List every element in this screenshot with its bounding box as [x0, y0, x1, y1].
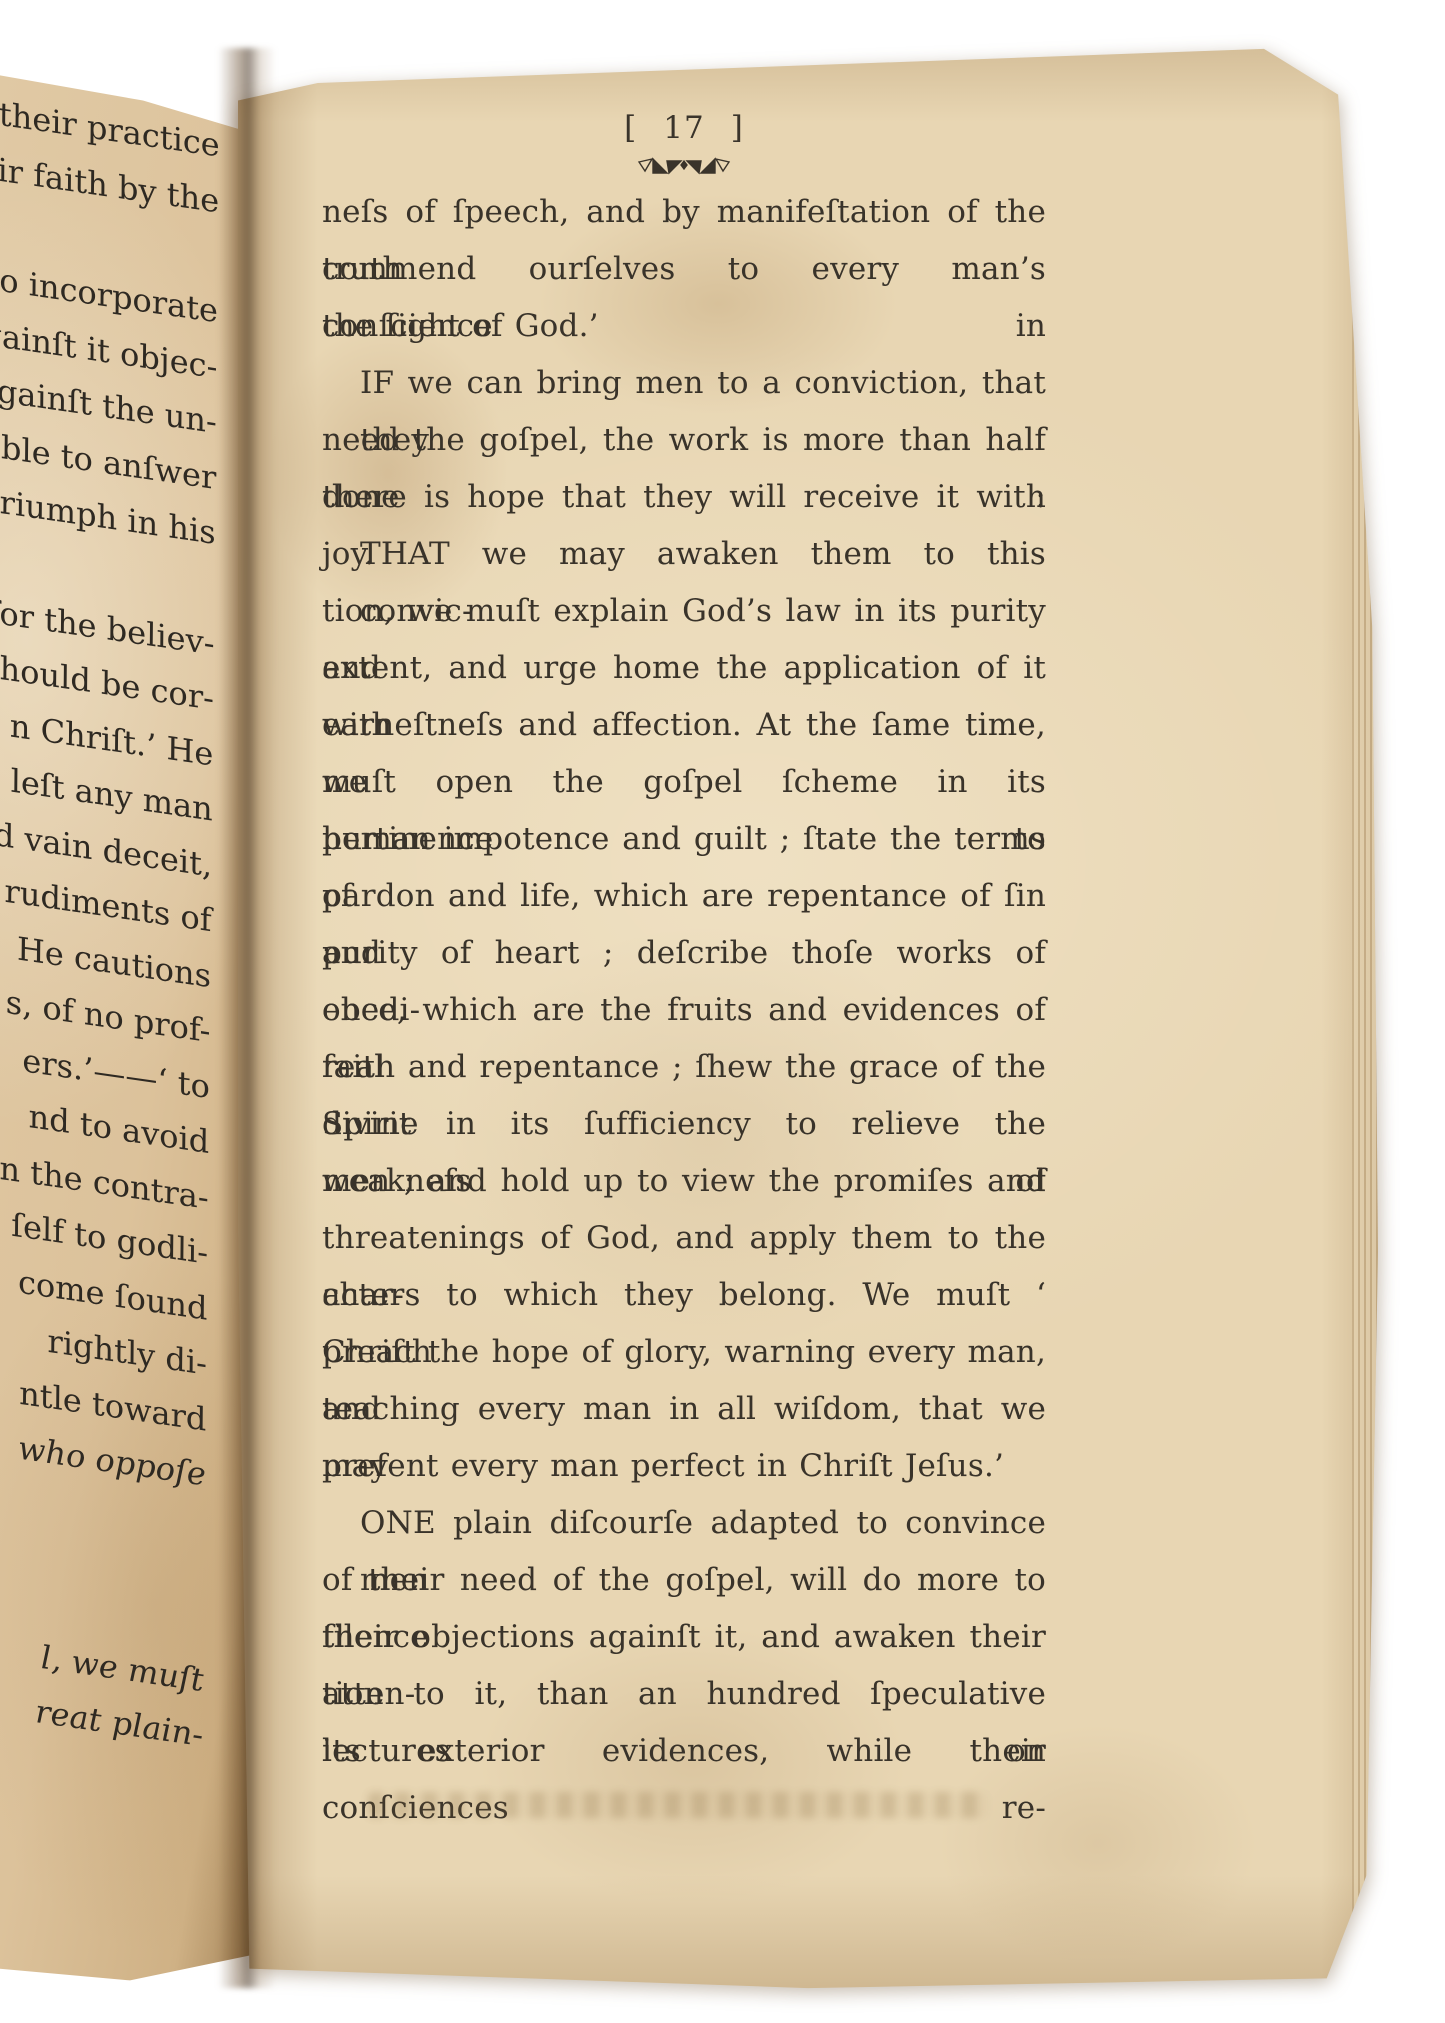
text-line: its exterior evidences, while their conſ…	[322, 1723, 1046, 1780]
text-line: threatenings of God, and apply them to t…	[322, 1210, 1046, 1267]
text-line: acters to which they belong. We muſt ‘ p…	[322, 1267, 1046, 1324]
text-line: THAT we may awaken them to this convic-	[322, 526, 1046, 583]
page-header: [17]	[322, 110, 1046, 146]
text-line: commend ourſelves to every man’s conſcie…	[322, 241, 1046, 298]
text-line: Spirit in its ſufficiency to relieve the…	[322, 1096, 1046, 1153]
text-line: faith and repentance ; ſhew the grace of…	[322, 1039, 1046, 1096]
printer-ornament-icon	[322, 156, 1046, 184]
text-line: preſent every man perfect in Chriſt Jeſu…	[322, 1438, 1046, 1495]
page-text: neſs of ſpeech, and by manifeſtation of …	[322, 184, 1046, 1780]
text-line: human impotence and guilt ; ſtate the te…	[322, 811, 1046, 868]
page-fore-edge	[1352, 102, 1378, 1914]
text-line: tion, we muſt explain God’s law in its p…	[322, 583, 1046, 640]
text-line: of their need of the goſpel, will do mor…	[322, 1552, 1046, 1609]
text-line: neſs of ſpeech, and by manifeſtation of …	[322, 184, 1046, 241]
text-line: Chriſt the hope of glory, warning every …	[322, 1324, 1046, 1381]
left-page-text-fragments: raſs their practice eir faith by the to …	[0, 75, 230, 1765]
left-bracket: [	[624, 110, 637, 146]
right-bracket: ]	[731, 110, 744, 146]
text-line: ence, which are the fruits and evidences…	[322, 982, 1046, 1039]
right-page-wrap: [17] neſs of	[238, 44, 1378, 1992]
text-line: there is hope that they will receive it …	[322, 469, 1046, 526]
text-line: pardon and life, which are repentance of…	[322, 868, 1046, 925]
book-photo: raſs their practice eir faith by the to …	[0, 0, 1445, 2023]
text-line: tion to it, than an hundred ſpeculative …	[322, 1666, 1046, 1723]
text-line: ONE plain diſcourſe adapted to convince …	[322, 1495, 1046, 1552]
text-line: purity of heart ; deſcribe thoſe works o…	[322, 925, 1046, 982]
right-page: [17] neſs of	[238, 44, 1378, 1992]
text-line: their objections againſt it, and awaken …	[322, 1609, 1046, 1666]
text-line: muſt open the goſpel ſcheme in its perti…	[322, 754, 1046, 811]
text-line: extent, and urge home the application of…	[322, 640, 1046, 697]
text-line: men ; and hold up to view the promiſes a…	[322, 1153, 1046, 1210]
page-number: 17	[663, 110, 704, 146]
text-line: earneſtneſs and affection. At the ſame t…	[322, 697, 1046, 754]
text-line: need the goſpel, the work is more than h…	[322, 412, 1046, 469]
text-line: teaching every man in all wiſdom, that w…	[322, 1381, 1046, 1438]
text-line: IF we can bring men to a conviction, tha…	[322, 355, 1046, 412]
left-page: raſs their practice eir faith by the to …	[0, 58, 260, 1992]
